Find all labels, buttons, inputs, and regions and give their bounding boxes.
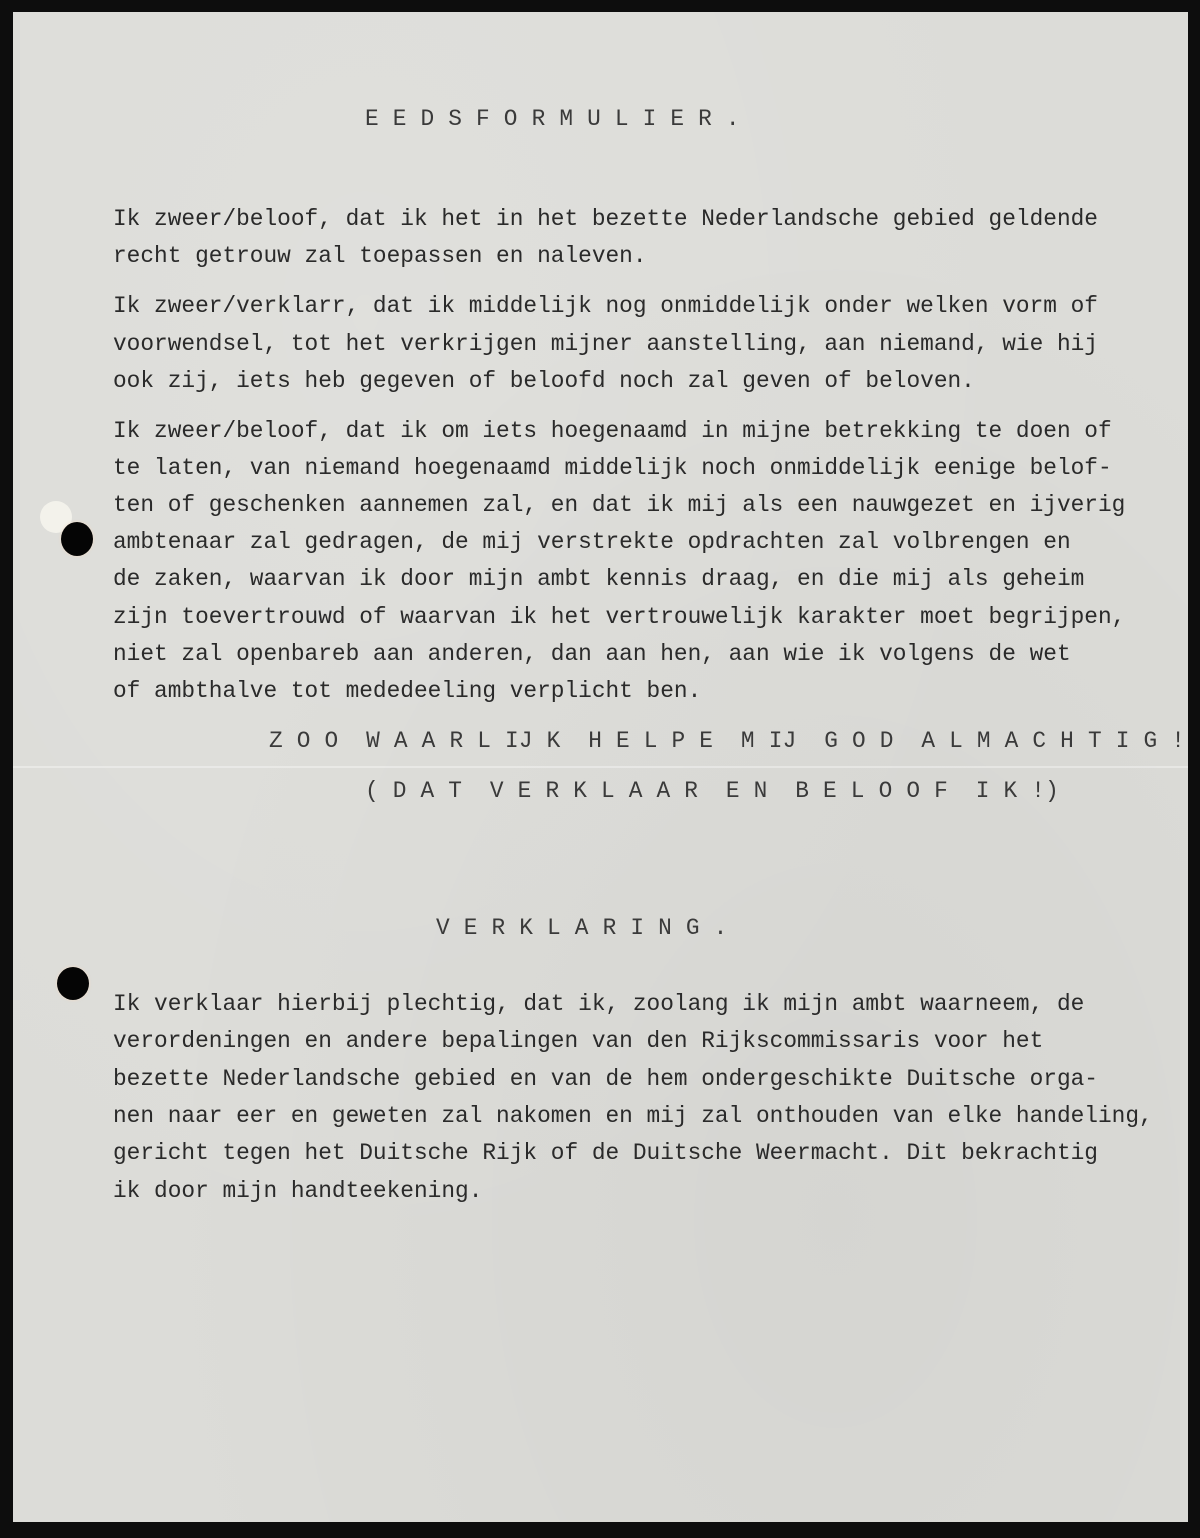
oath-paragraph-3-line-8: of ambthalve tot mededeeling verplicht b…: [113, 678, 701, 704]
paper-fold-line: [13, 766, 1188, 768]
oath-paragraph-2-line-3: ook zij, iets heb gegeven of beloofd noc…: [113, 368, 975, 394]
document-title: E E D S F O R M U L I E R .: [365, 106, 740, 132]
declaration-line-3: bezette Nederlandsche gebied en van de h…: [113, 1066, 1098, 1092]
oath-paragraph-3-line-2: te laten, van niemand hoegenaamd middeli…: [113, 455, 1112, 481]
oath-alternative: ( D A T V E R K L A A R E N B E L O O F …: [365, 778, 1059, 804]
oath-paragraph-3-line-1: Ik zweer/beloof, dat ik om iets hoegenaa…: [113, 418, 1112, 444]
declaration-line-4: nen naar eer en geweten zal nakomen en m…: [113, 1103, 1153, 1129]
declaration-line-2: verordeningen en andere bepalingen van d…: [113, 1028, 1043, 1054]
oath-paragraph-1-line-1: Ik zweer/beloof, dat ik het in het bezet…: [113, 206, 1098, 232]
oath-paragraph-3-line-7: niet zal openbareb aan anderen, dan aan …: [113, 641, 1071, 667]
declaration-line-5: gericht tegen het Duitsche Rijk of de Du…: [113, 1140, 1098, 1166]
declaration-line-1: Ik verklaar hierbij plechtig, dat ik, zo…: [113, 991, 1084, 1017]
punch-hole-icon: [61, 522, 93, 556]
oath-paragraph-3-line-4: ambtenaar zal gedragen, de mij verstrekt…: [113, 529, 1071, 555]
oath-paragraph-3-line-6: zijn toevertrouwd of waarvan ik het vert…: [113, 604, 1125, 630]
declaration-title: V E R K L A R I N G .: [436, 915, 728, 941]
oath-closing: Z O O W A A R L IJ K H E L P E M IJ G O …: [269, 728, 1185, 754]
declaration-line-6: ik door mijn handteekening.: [113, 1178, 482, 1204]
oath-paragraph-2-line-2: voorwendsel, tot het verkrijgen mijner a…: [113, 331, 1098, 357]
oath-paragraph-3-line-3: ten of geschenken aannemen zal, en dat i…: [113, 492, 1125, 518]
oath-paragraph-1-line-2: recht getrouw zal toepassen en naleven.: [113, 243, 647, 269]
oath-paragraph-3-line-5: de zaken, waarvan ik door mijn ambt kenn…: [113, 566, 1084, 592]
oath-paragraph-2-line-1: Ik zweer/verklarr, dat ik middelijk nog …: [113, 293, 1098, 319]
punch-hole-icon: [57, 967, 89, 1000]
document-page: E E D S F O R M U L I E R . Ik zweer/bel…: [13, 12, 1188, 1522]
